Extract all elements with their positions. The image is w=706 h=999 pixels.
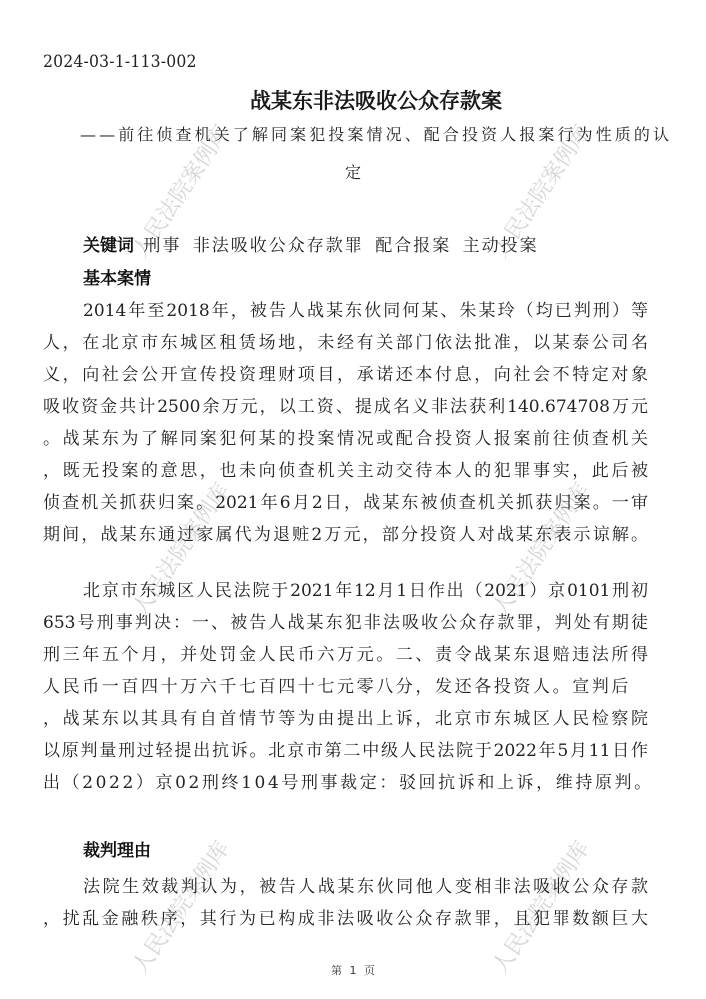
keyword-item: 刑事 <box>143 236 181 256</box>
document-subtitle-line-2: 定 <box>0 160 706 183</box>
paragraph-line: 人，在北京市东城区租赁场地，未经有关部门依法批准，以某泰公司名 <box>43 332 648 354</box>
keyword-item: 配合报案 <box>375 236 451 256</box>
paragraph-line: ，扰乱金融秩序，其行为已构成非法吸收公众存款罪，且犯罪数额巨大 <box>43 908 648 930</box>
paragraph-line: 义，向社会公开宣传投资理财项目，承诺还本付息，向社会不特定对象 <box>43 364 648 386</box>
page-label-suffix: 页 <box>364 964 375 977</box>
paragraph-line: 吸收资金共计2500余万元，以工资、提成名义非法获利140.674708万元 <box>43 396 648 418</box>
paragraph-line: 北京市东城区人民法院于2021年12月1日作出（2021）京0101刑初 <box>83 580 648 602</box>
section-heading-reasoning: 裁判理由 <box>83 836 151 861</box>
document-page: 人民法院案例库 人民法院案例库 人民法院案例库 人民法院案例库 人民法院案例库 … <box>0 0 706 999</box>
section-heading-basic-facts: 基本案情 <box>83 264 151 289</box>
paragraph-line: 期间，战某东通过家属代为退赃2万元，部分投资人对战某东表示谅解。 <box>43 524 648 546</box>
paragraph-line: 法院生效裁判认为，被告人战某东伙同他人变相非法吸收公众存款 <box>83 876 648 898</box>
keywords-row: 关键词 刑事 非法吸收公众存款罪 配合报案 主动投案 <box>83 231 545 256</box>
document-subtitle-line-1: ——前往侦查机关了解同案犯投案情况、配合投资人报案行为性质的认 <box>80 122 648 145</box>
keyword-item: 非法吸收公众存款罪 <box>193 236 364 256</box>
page-label-prefix: 第 <box>331 964 342 977</box>
page-number: 1 <box>350 964 357 977</box>
document-title: 战某东非法吸收公众存款案 <box>0 85 706 115</box>
paragraph-line: ，既无投案的意思，也未向侦查机关主动交待本人的犯罪事实，此后被 <box>43 460 648 482</box>
document-content: 2024-03-1-113-002 战某东非法吸收公众存款案 ——前往侦查机关了… <box>0 0 706 999</box>
keyword-item: 主动投案 <box>463 236 539 256</box>
paragraph-line: 2014年至2018年，被告人战某东伙同何某、朱某玲（均已判刑）等 <box>83 300 648 322</box>
paragraph-line: 出（2022）京02刑终104号刑事裁定：驳回抗诉和上诉，维持原判。 <box>43 772 648 794</box>
paragraph-line: 653号刑事判决：一、被告人战某东犯非法吸收公众存款罪，判处有期徒 <box>43 612 648 634</box>
paragraph-line: ，战某东以其具有自首情节等为由提出上诉，北京市东城区人民检察院 <box>43 708 648 730</box>
paragraph-line: 侦查机关抓获归案。2021年6月2日，战某东被侦查机关抓获归案。一审 <box>43 492 648 514</box>
keywords-label: 关键词 <box>83 236 134 256</box>
paragraph-line: 以原判量刑过轻提出抗诉。北京市第二中级人民法院于2022年5月11日作 <box>43 740 648 762</box>
paragraph-line: 刑三年五个月，并处罚金人民币六万元。二、责令战某东退赔违法所得 <box>43 644 648 666</box>
paragraph-line: 。战某东为了解同案犯何某的投案情况或配合投资人报案前往侦查机关 <box>43 428 648 450</box>
page-footer: 第 1 页 <box>0 962 706 978</box>
paragraph-line: 人民币一百四十万六千七百四十七元零八分，发还各投资人。宣判后 <box>43 676 648 698</box>
case-number: 2024-03-1-113-002 <box>43 52 197 72</box>
